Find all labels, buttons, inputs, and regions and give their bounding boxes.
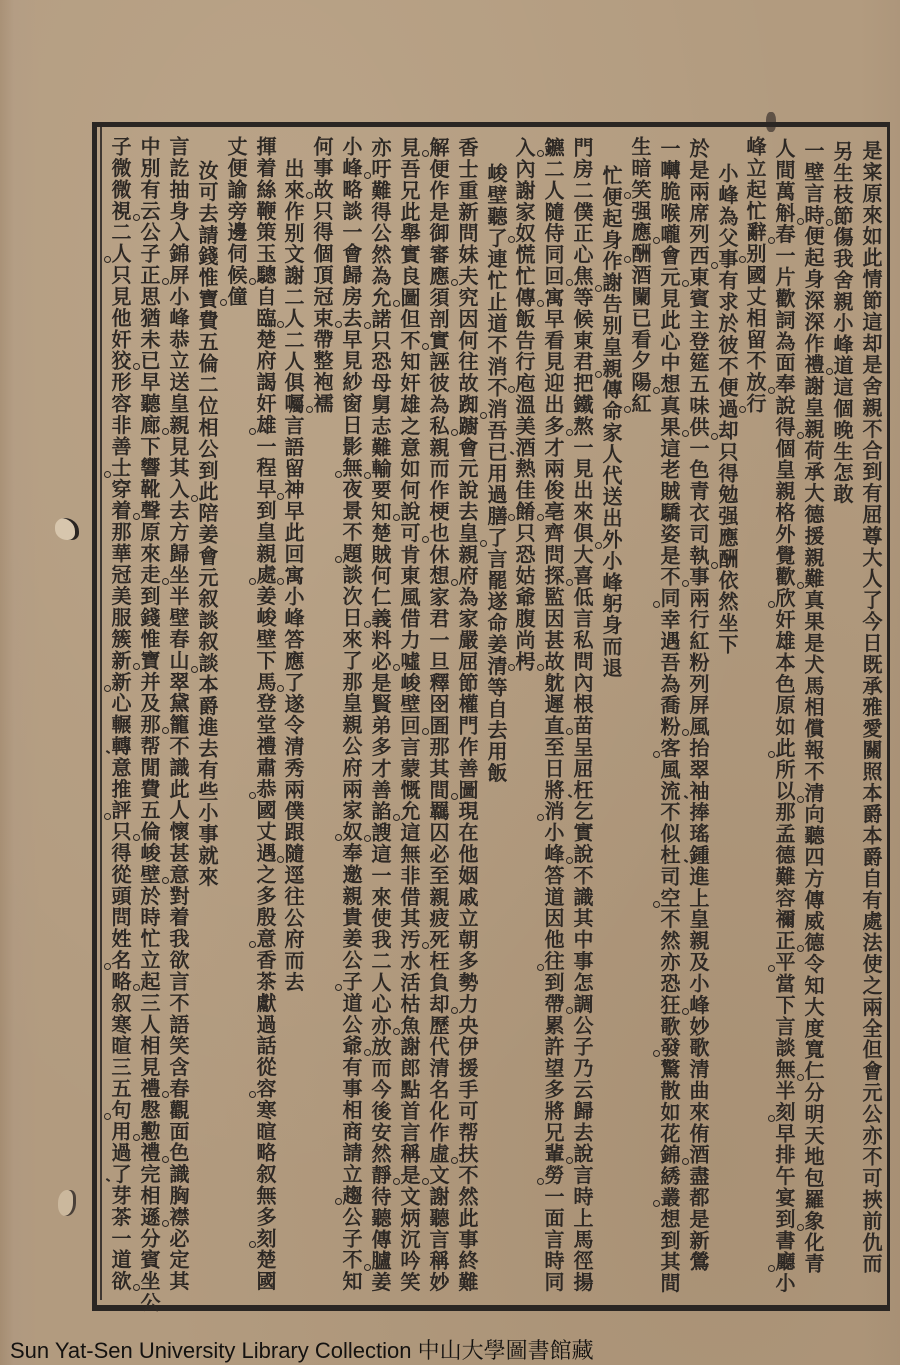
paper-tear: [58, 1190, 76, 1216]
text-column: 香士重新問妹夫究因何往故踟躕會元說去皇親府為家嚴屈節權門作善圖現在他姻戚立朝多勢…: [456, 137, 478, 1293]
binding-hole: [55, 518, 79, 540]
text-column: 門房二僕正心焦等候東君把鐵熬一見出來俱大喜低言私問內根苗呈屈枉乞實說不識其中事怎…: [571, 137, 593, 1293]
library-credit: Sun Yat-Sen University Library Collectio…: [10, 1334, 594, 1365]
text-column: 揮着絲鞭策玉驄自臨楚府謁奸雄一程早到皇親處姜峻壁下馬登堂禮肅恭國丈遇之多殷意香茶…: [254, 136, 276, 1292]
text-column: 汝可去請錢惟寶費五倫二位相公到此陪姜會元叙談叙談本爵進去有些小事就來: [196, 160, 218, 888]
page-border-inner-line: [100, 127, 102, 1300]
text-column: 忙便起身作謝告别皇親傳命家人代送出外小峰躬身而退: [600, 165, 622, 679]
text-column: 生暗笑强應酬酒闌已看夕陽紅: [629, 136, 651, 414]
text-column: 解便作是御審應須剖實誣彼為私親而作梗也休想家君一旦釋囹圄那其間羈囚必至親疲死枉負…: [427, 137, 449, 1293]
text-column: 丈便諭旁邊伺候僮: [225, 136, 247, 307]
text-column: 另生枝節傷我舍親小峰道這個晚生怎敢: [831, 141, 853, 505]
text-column: 中別有云公子正思猶未已早聽廊下響靴聲原來走到錢惟寶并及那帮閒費五倫峻壁於時忙立起…: [138, 136, 160, 1313]
text-column: 小峰略談一會歸房去早見紗窗日影無夜景不題談次日來了那皇親公府兩家奴奉邀親貴姜公子…: [340, 136, 362, 1292]
text-column: 一壁言時便起身深深作禮謝皇親荷承大德援親難真果是犬馬相償報不清向聽四方傳威德令知…: [802, 140, 824, 1275]
text-column: 人間萬斛春一片歡詞為面奉說得個皇親格外覺歡欣奸雄本色原如此所以那孟德難容禰正平當…: [773, 138, 795, 1294]
text-column: 言訖抽身入錦屏小峰恭立送皇親見其入去方歸坐半壁春山翠黛籠不識此人懷甚意對着我欲言…: [167, 136, 189, 1292]
text-column: 於是兩席列西東賓主登筵五味供一色青衣司執事兩行紅粉列屏風抬翠袖捧瑤鍾進上皇親及小…: [687, 138, 709, 1273]
text-column: 鑣二人隨侍同回寓早看見迎出多才兩俊亳齊問探監因甚故躭遲直至日將消小峰答道因他往到…: [542, 137, 564, 1293]
text-column: 出來作别文謝二人二人俱囑言語留神早此回寓小峰答應了遂令清秀兩僕跟隨逕往公府而去: [282, 158, 304, 993]
text-column: 入內謝家奴慌忙傳飯告行庖溫美酒熱佳餚只恐姑爺腹尚枵: [513, 137, 535, 672]
text-column: 何事故只得個頂冠束帶整袍襦: [311, 136, 333, 414]
text-column: 見吾兄此舉實良圖但不知奸雄之意如何說可肯東風借力噓峻壁回言蒙慨允這無非借其汚水活…: [398, 137, 420, 1293]
text-column: 峰立起忙辭别國丈相留不放行: [744, 136, 766, 414]
text-column: 小峰為父事有求於彼不便過却只得勉强應酬依然坐下: [716, 163, 738, 655]
text-column: 是寀原來如此情節這却是舍親不合到有屈尊大人了今日既承雅愛關照本爵本爵自有處法使之…: [860, 140, 882, 1275]
text-column: 一囀脆喉嚨會元見此心中想真果這老賊驕姿是不同幸遇吾為喬粉客風流不似杜司空不然亦恐…: [658, 138, 680, 1294]
text-column: 峻壁聽了連忙止道不消不消吾已用過膳了言罷遂命姜清等自去用飯: [485, 163, 507, 784]
text-column: 亦吁難得公然為允諾只恐母舅志難輸要知楚賊何仁義料必是賢弟多才善諂謏這一來使我二人…: [369, 137, 391, 1293]
text-column: 子微微視二人只見他奸狡形容非善士穿着那華冠美服簇新新心輾轉意推評只得從頭問姓名略…: [109, 136, 131, 1292]
